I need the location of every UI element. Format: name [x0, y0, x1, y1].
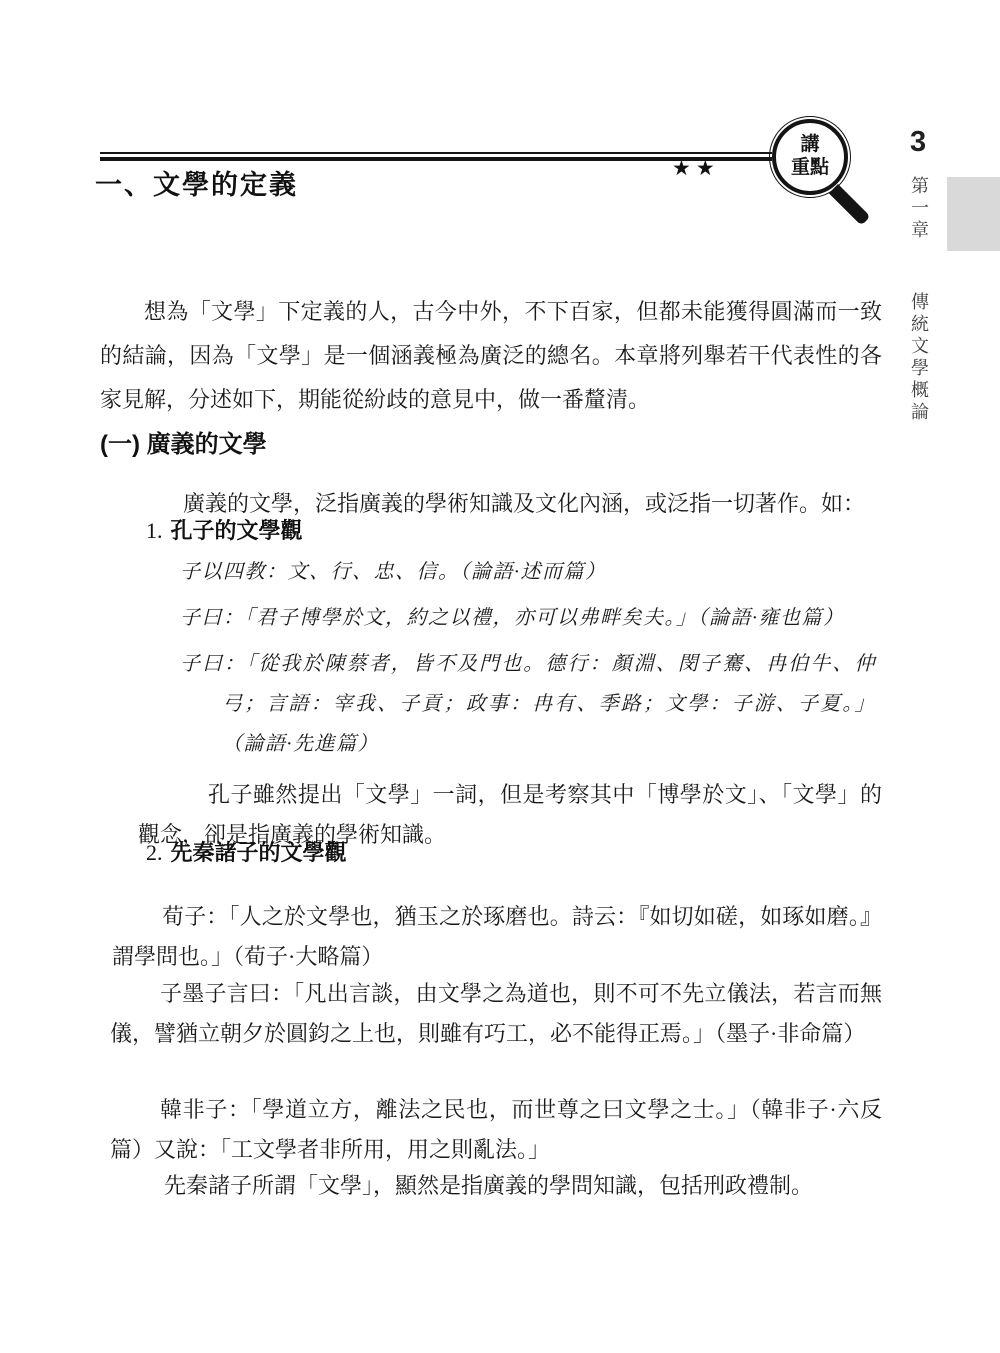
chapter-tab-marker — [947, 177, 1000, 251]
intro-paragraph: 想為「文學」下定義的人，古今中外，不下百家，但都未能獲得圓滿而一致的結論，因為「… — [100, 290, 882, 422]
item-2-heading: 2.先秦諸子的文學觀 — [146, 836, 347, 867]
badge-text-top: 講 — [800, 134, 819, 157]
header-rule-thin — [100, 152, 772, 154]
item-2-number: 2. — [146, 840, 163, 865]
badge-text-bottom: 重點 — [791, 157, 829, 180]
item-2-paragraph-xunzi: 荀子：「人之於文學也，猶玉之於琢磨也。詩云：『如切如磋，如琢如磨。』謂學問也。」… — [112, 897, 882, 977]
chapter-label: 第一章 — [906, 176, 932, 242]
quote-line: 子曰：「君子博學於文，約之以禮，亦可以弗畔矣夫。」（論語·雍也篇） — [180, 598, 876, 638]
chapter-title: 傳統文學概論 — [909, 292, 929, 424]
item-1-quotes: 子以四教：文、行、忠、信。（論語·述而篇） 子曰：「君子博學於文，約之以禮，亦可… — [180, 552, 876, 770]
magnifier-badge-icon: 講 重點 — [772, 119, 848, 195]
item-2-paragraph-hanfei: 韓非子：「學道立方，離法之民也，而世尊之曰文學之士。」（韓非子·六反篇）又說：「… — [110, 1090, 882, 1170]
section-heading: (一) 廣義的文學 — [100, 424, 267, 459]
item-2-paragraph-summary: 先秦諸子所謂「文學」，顯然是指廣義的學問知識，包括刑政禮制。 — [112, 1166, 884, 1206]
item-1-number: 1. — [146, 518, 163, 543]
chapter-caption: 第一章 傳統文學概論 — [906, 176, 932, 696]
quote-line: 子曰：「從我於陳蔡者，皆不及門也。德行：顏淵、閔子騫、冉伯牛、仲弓；言語：宰我、… — [180, 644, 876, 764]
importance-stars: ★★ — [672, 156, 720, 181]
page-title: 一、文學的定義 — [95, 163, 298, 202]
page-number: 3 — [910, 126, 926, 159]
item-1-heading: 1.孔子的文學觀 — [146, 514, 303, 545]
quote-line: 子以四教：文、行、忠、信。（論語·述而篇） — [180, 552, 876, 592]
item-2-paragraph-mozi: 子墨子言曰：「凡出言談，由文學之為道也，則不可不先立儀法，若言而無儀，譬猶立朝夕… — [110, 974, 882, 1054]
item-2-title: 先秦諸子的文學觀 — [171, 840, 347, 865]
textbook-page: 一、文學的定義 ★★ 講 重點 3 第一章 傳統文學概論 想為「文學」下定義的人… — [0, 0, 1000, 1353]
magnifier-handle-icon — [829, 184, 871, 226]
item-1-title: 孔子的文學觀 — [171, 518, 303, 543]
